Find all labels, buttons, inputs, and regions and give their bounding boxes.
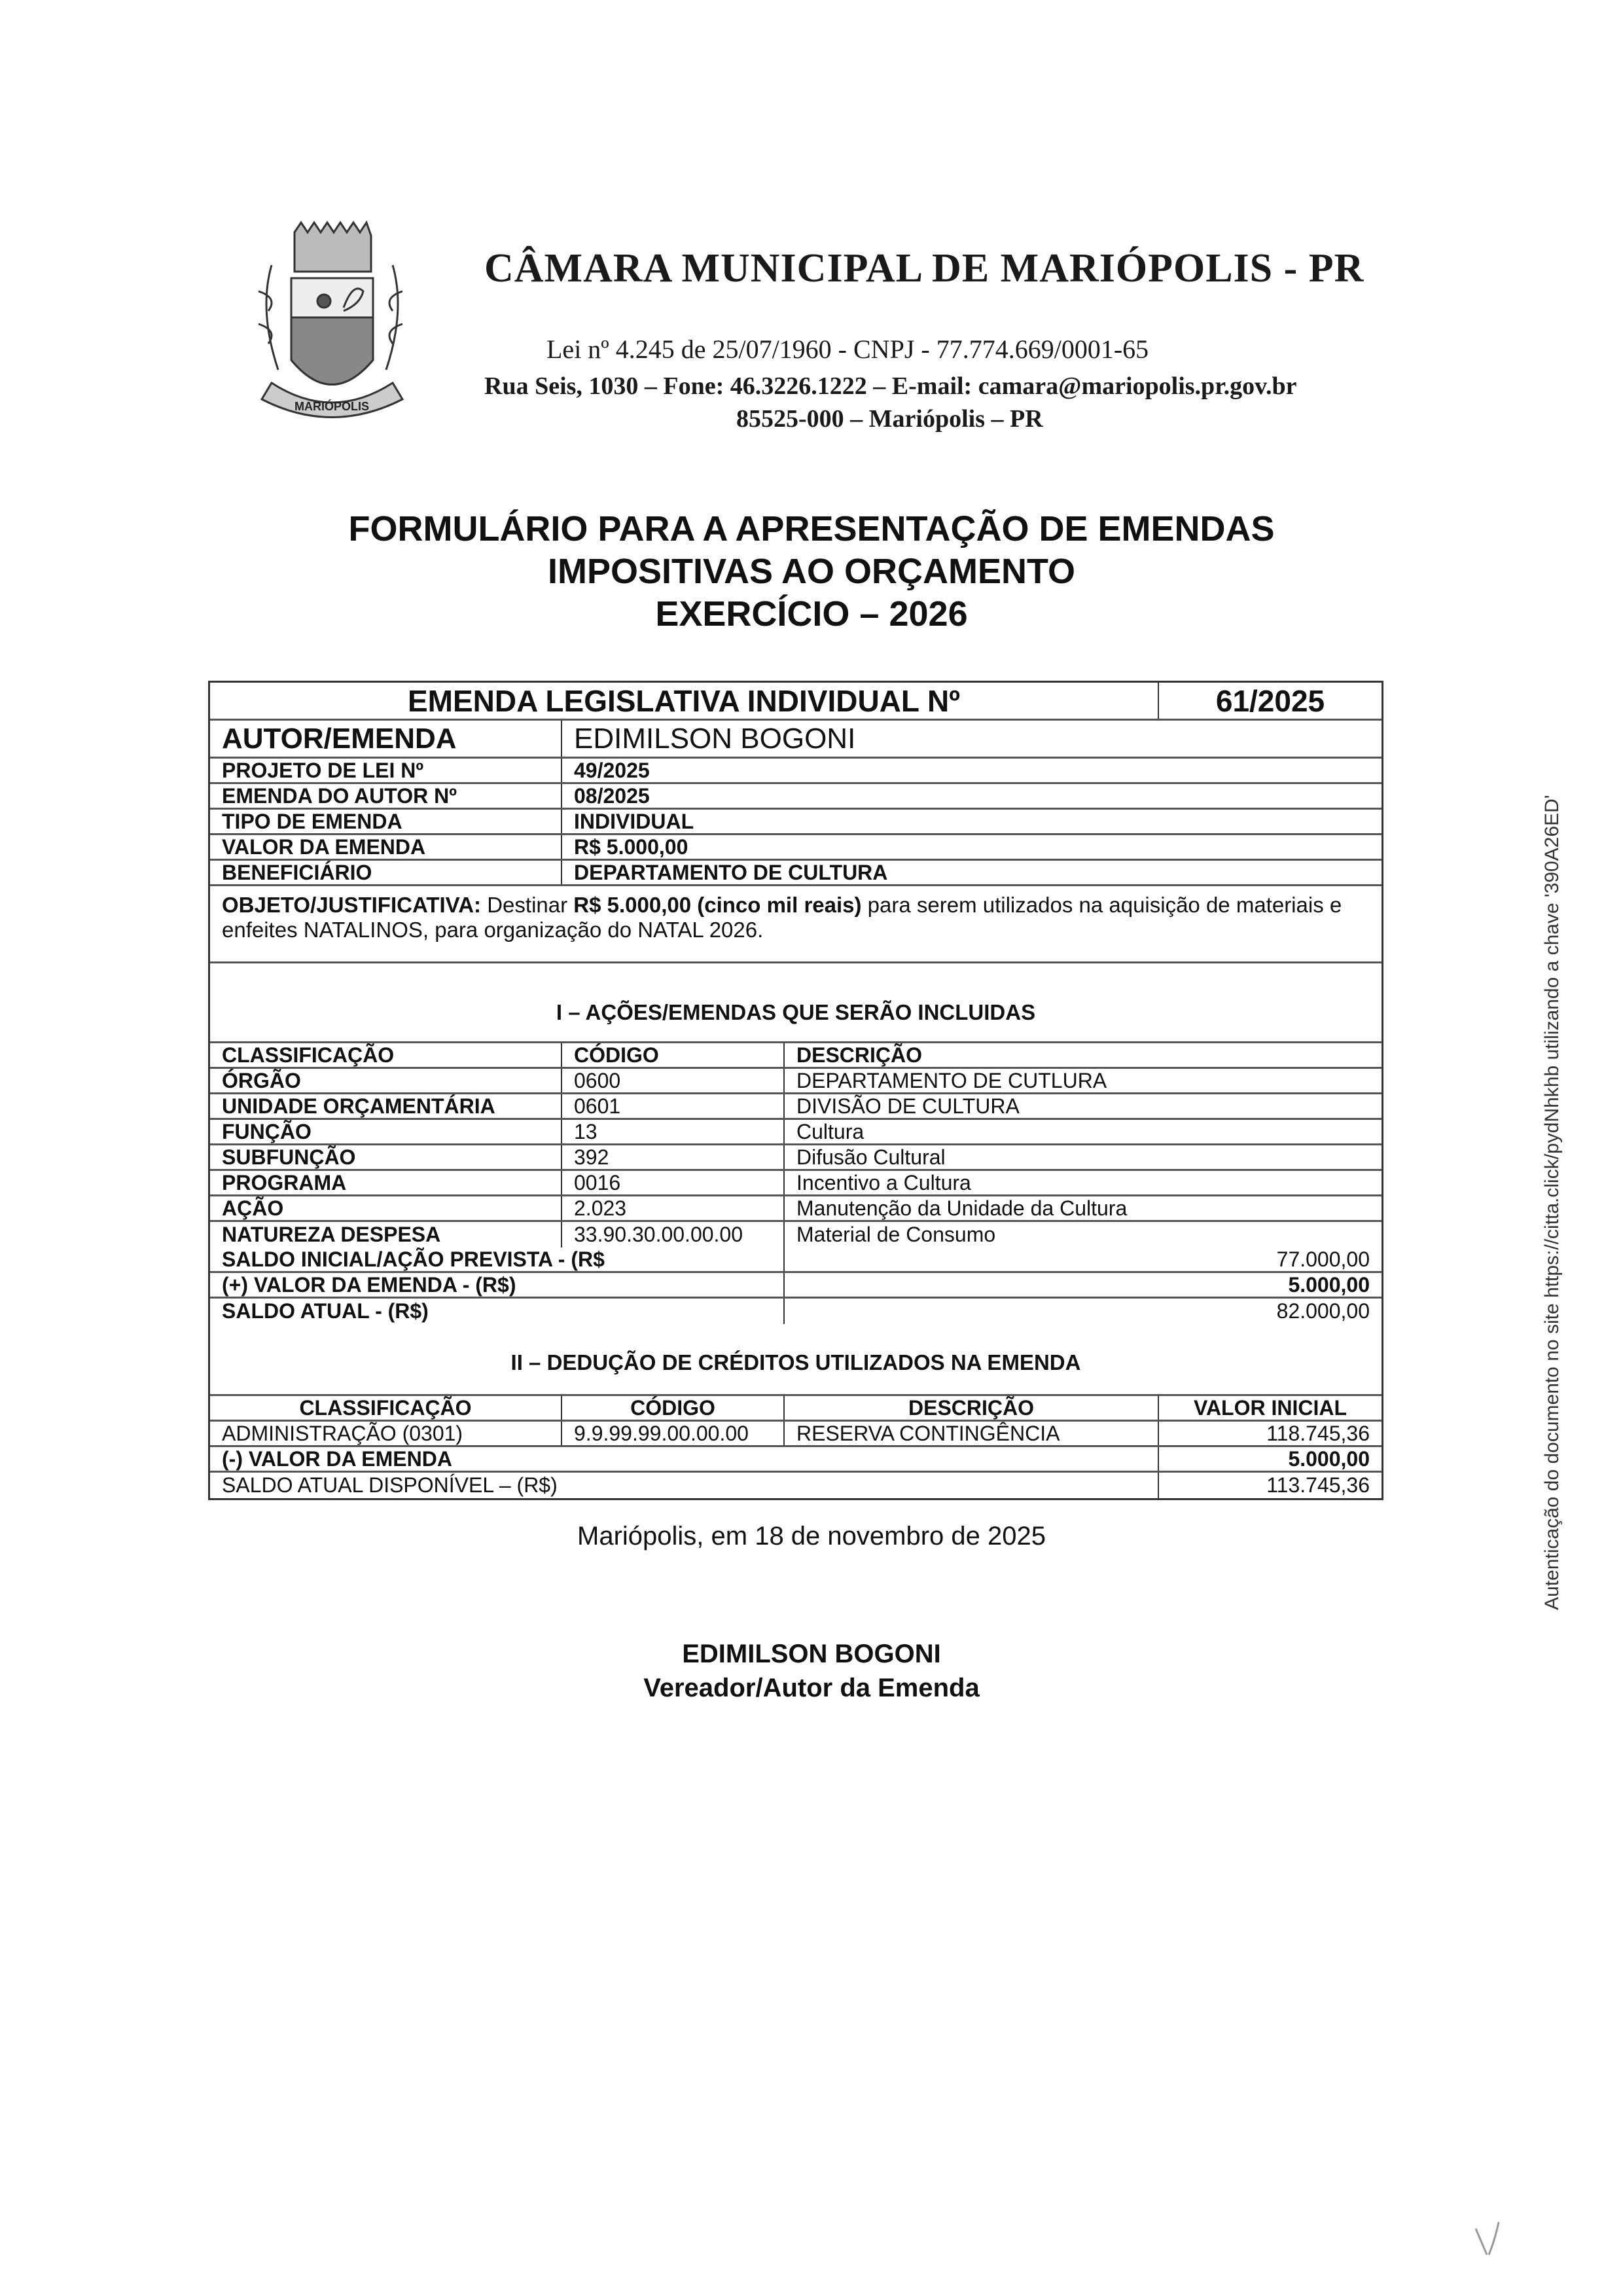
field-value: DEPARTAMENTO DE CULTURA — [562, 861, 1382, 884]
section1-title-row: I – AÇÕES/EMENDAS QUE SERÃO INCLUIDAS — [210, 963, 1382, 1043]
section1-total-row: (+) VALOR DA EMENDA - (R$)5.000,00 — [210, 1273, 1382, 1299]
total-label: SALDO ATUAL - (R$) — [210, 1299, 785, 1324]
section1-data-row: NATUREZA DESPESA33.90.30.00.00.00Materia… — [210, 1222, 1382, 1247]
form-title-line-3: EXERCÍCIO – 2026 — [196, 592, 1427, 636]
field-label: PROJETO DE LEI Nº — [210, 759, 562, 782]
field-row-tipo: TIPO DE EMENDA INDIVIDUAL — [210, 810, 1382, 835]
field-value: EDIMILSON BOGONI — [562, 721, 1382, 757]
section2-title-row: II – DEDUÇÃO DE CRÉDITOS UTILIZADOS NA E… — [210, 1324, 1382, 1396]
field-row-projeto: PROJETO DE LEI Nº 49/2025 — [210, 759, 1382, 784]
classificacao-cell: UNIDADE ORÇAMENTÁRIA — [210, 1094, 562, 1118]
column-header: CÓDIGO — [562, 1396, 785, 1420]
classificacao-cell: AÇÃO — [210, 1196, 562, 1220]
section2-title: II – DEDUÇÃO DE CRÉDITOS UTILIZADOS NA E… — [210, 1324, 1382, 1394]
field-row-autor: AUTOR/EMENDA EDIMILSON BOGONI — [210, 721, 1382, 759]
column-header: DESCRIÇÃO — [785, 1396, 1159, 1420]
field-row-valor: VALOR DA EMENDA R$ 5.000,00 — [210, 835, 1382, 861]
signer-role: Vereador/Autor da Emenda — [196, 1674, 1427, 1703]
field-row-beneficiario: BENEFICIÁRIO DEPARTAMENTO DE CULTURA — [210, 861, 1382, 886]
field-label: AUTOR/EMENDA — [210, 721, 562, 757]
section2-total-row: (-) VALOR DA EMENDA 5.000,00 — [210, 1447, 1382, 1473]
codigo-cell: 9.9.99.99.00.00.00 — [562, 1422, 785, 1445]
amendment-header-label: EMENDA LEGISLATIVA INDIVIDUAL Nº — [210, 683, 1159, 719]
section2-data-row: ADMINISTRAÇÃO (0301) 9.9.99.99.00.00.00 … — [210, 1422, 1382, 1447]
codigo-cell: 13 — [562, 1120, 785, 1143]
section1-header-row: CLASSIFICAÇÃO CÓDIGO DESCRIÇÃO — [210, 1043, 1382, 1069]
column-header: CLASSIFICAÇÃO — [210, 1043, 562, 1067]
column-header: VALOR INICIAL — [1159, 1396, 1382, 1420]
descricao-cell: Material de Consumo — [785, 1222, 1382, 1247]
amendment-header-row: EMENDA LEGISLATIVA INDIVIDUAL Nº 61/2025 — [210, 683, 1382, 721]
codigo-cell: 0601 — [562, 1094, 785, 1118]
classificacao-cell: PROGRAMA — [210, 1171, 562, 1194]
classificacao-cell: NATUREZA DESPESA — [210, 1222, 562, 1247]
field-value: INDIVIDUAL — [562, 810, 1382, 833]
descricao-cell: RESERVA CONTINGÊNCIA — [785, 1422, 1159, 1445]
descricao-cell: DIVISÃO DE CULTURA — [785, 1094, 1382, 1118]
form-title-line-1: FORMULÁRIO PARA A APRESENTAÇÃO DE EMENDA… — [196, 507, 1427, 550]
date-line: Mariópolis, em 18 de novembro de 2025 — [196, 1522, 1427, 1551]
amendment-number: 61/2025 — [1159, 683, 1382, 719]
descricao-cell: DEPARTAMENTO DE CUTLURA — [785, 1069, 1382, 1092]
field-value: 49/2025 — [562, 759, 1382, 782]
column-header: DESCRIÇÃO — [785, 1043, 1382, 1067]
section2-header-row: CLASSIFICAÇÃO CÓDIGO DESCRIÇÃO VALOR INI… — [210, 1396, 1382, 1422]
classificacao-cell: SUBFUNÇÃO — [210, 1145, 562, 1169]
section1-rows: ÓRGÃO0600DEPARTAMENTO DE CUTLURAUNIDADE … — [210, 1069, 1382, 1247]
descricao-cell: Difusão Cultural — [785, 1145, 1382, 1169]
descricao-cell: Manutenção da Unidade da Cultura — [785, 1196, 1382, 1220]
section1-data-row: UNIDADE ORÇAMENTÁRIA0601DIVISÃO DE CULTU… — [210, 1094, 1382, 1120]
field-label: TIPO DE EMENDA — [210, 810, 562, 833]
signer-name: EDIMILSON BOGONI — [196, 1640, 1427, 1669]
section1-data-row: PROGRAMA0016Incentivo a Cultura — [210, 1171, 1382, 1196]
descricao-cell: Cultura — [785, 1120, 1382, 1143]
field-label: EMENDA DO AUTOR Nº — [210, 784, 562, 808]
justification-amount: R$ 5.000,00 (cinco mil reais) — [573, 893, 861, 917]
justification-label: OBJETO/JUSTIFICATIVA: — [222, 893, 481, 917]
total-label: (-) VALOR DA EMENDA — [210, 1447, 1159, 1471]
codigo-cell: 2.023 — [562, 1196, 785, 1220]
total-label: SALDO ATUAL DISPONÍVEL – (R$) — [210, 1473, 1159, 1498]
classificacao-cell: ADMINISTRAÇÃO (0301) — [210, 1422, 562, 1445]
section1-title: I – AÇÕES/EMENDAS QUE SERÃO INCLUIDAS — [210, 963, 1382, 1041]
justification-row: OBJETO/JUSTIFICATIVA: Destinar R$ 5.000,… — [210, 886, 1382, 963]
section1-total-row: SALDO ATUAL - (R$)82.000,00 — [210, 1299, 1382, 1324]
section1-data-row: SUBFUNÇÃO392Difusão Cultural — [210, 1145, 1382, 1171]
section1-total-row: SALDO INICIAL/AÇÃO PREVISTA - (R$77.000,… — [210, 1247, 1382, 1273]
total-label: SALDO INICIAL/AÇÃO PREVISTA - (R$ — [210, 1247, 785, 1271]
column-header: CLASSIFICAÇÃO — [210, 1396, 562, 1420]
law-cnpj-line: Lei nº 4.245 de 25/07/1960 - CNPJ - 77.7… — [546, 334, 1149, 365]
field-value: R$ 5.000,00 — [562, 835, 1382, 859]
total-value: 77.000,00 — [785, 1247, 1382, 1271]
section1-data-row: ÓRGÃO0600DEPARTAMENTO DE CUTLURA — [210, 1069, 1382, 1094]
justification-text: OBJETO/JUSTIFICATIVA: Destinar R$ 5.000,… — [210, 886, 1382, 949]
institution-name: CÂMARA MUNICIPAL DE MARIÓPOLIS - PR — [484, 245, 1335, 292]
total-value: 5.000,00 — [1159, 1447, 1382, 1471]
codigo-cell: 0016 — [562, 1171, 785, 1194]
section2-total-row: SALDO ATUAL DISPONÍVEL – (R$) 113.745,36 — [210, 1473, 1382, 1498]
justification-text-before: Destinar — [481, 893, 573, 917]
amendment-form-table: EMENDA LEGISLATIVA INDIVIDUAL Nº 61/2025… — [208, 681, 1383, 1500]
section1-data-row: AÇÃO2.023Manutenção da Unidade da Cultur… — [210, 1196, 1382, 1222]
field-label: VALOR DA EMENDA — [210, 835, 562, 859]
field-row-emenda-autor: EMENDA DO AUTOR Nº 08/2025 — [210, 784, 1382, 810]
section1-data-row: FUNÇÃO13Cultura — [210, 1120, 1382, 1145]
total-value: 82.000,00 — [785, 1299, 1382, 1324]
classificacao-cell: FUNÇÃO — [210, 1120, 562, 1143]
descricao-cell: Incentivo a Cultura — [785, 1171, 1382, 1194]
authentication-stamp: Autenticação do documento no site https:… — [1541, 795, 1563, 1610]
handwritten-mark-icon — [1472, 2219, 1505, 2258]
codigo-cell: 0600 — [562, 1069, 785, 1092]
total-value: 5.000,00 — [785, 1273, 1382, 1297]
codigo-cell: 392 — [562, 1145, 785, 1169]
section1-totals: SALDO INICIAL/AÇÃO PREVISTA - (R$77.000,… — [210, 1247, 1382, 1324]
field-label: BENEFICIÁRIO — [210, 861, 562, 884]
svg-text:MARIÓPOLIS: MARIÓPOLIS — [294, 399, 369, 413]
address-line: Rua Seis, 1030 – Fone: 46.3226.1222 – E-… — [484, 372, 1296, 401]
form-title-line-2: IMPOSITIVAS AO ORÇAMENTO — [196, 550, 1427, 593]
total-value: 113.745,36 — [1159, 1473, 1382, 1498]
codigo-cell: 33.90.30.00.00.00 — [562, 1222, 785, 1247]
column-header: CÓDIGO — [562, 1043, 785, 1067]
municipal-crest-icon: MARIÓPOLIS — [232, 219, 429, 429]
cep-line: 85525-000 – Mariópolis – PR — [736, 404, 1043, 433]
total-label: (+) VALOR DA EMENDA - (R$) — [210, 1273, 785, 1297]
field-value: 08/2025 — [562, 784, 1382, 808]
valor-cell: 118.745,36 — [1159, 1422, 1382, 1445]
classificacao-cell: ÓRGÃO — [210, 1069, 562, 1092]
